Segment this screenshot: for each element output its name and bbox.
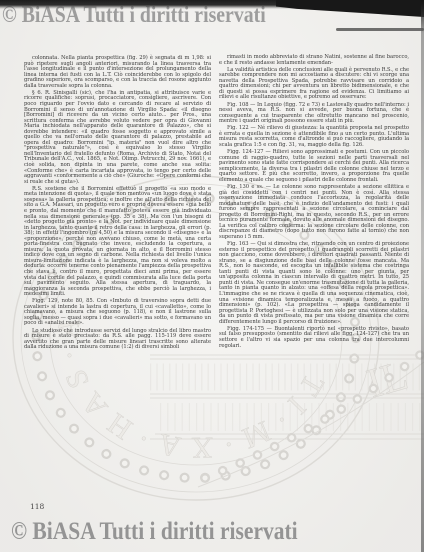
right-text-column: rimasti in modo abbreviato di strano Nat… bbox=[219, 55, 409, 351]
left-column-paragraph: Lo studioso che introdusse servizi del l… bbox=[24, 329, 211, 351]
scan-edge-top-right bbox=[276, 0, 424, 17]
right-column-paragraph: Figg. 124-127 — Rilievi sono approssimat… bbox=[219, 150, 409, 183]
right-column-paragraph: Fig. 163 — Qui si dimostra che, ritraend… bbox=[219, 242, 409, 325]
second-seal-arc-hole bbox=[205, 352, 424, 478]
bottom-copyright-watermark: © BiASA Tutti i diritti riservati bbox=[11, 518, 298, 546]
seal-letters-side: IL bbox=[362, 352, 413, 407]
left-column-paragraph: Figg. 129, note 80, 85. Con «Imbuto di t… bbox=[24, 299, 211, 327]
right-column-paragraph: rimasti in modo abbreviato di strano Nat… bbox=[219, 55, 409, 66]
left-column-paragraph: colonnata. Nella pianta prospettica (fig… bbox=[24, 56, 211, 89]
second-seal-rim bbox=[198, 362, 424, 487]
right-column-paragraph: Fig. 122 — Né rilievo di giustezza: la q… bbox=[219, 126, 409, 148]
building-sketch-watermark bbox=[150, 355, 424, 439]
scan-streak bbox=[336, 28, 424, 31]
left-column-paragraph: § 6. R. Sinisgalli (sic), che l'ha in an… bbox=[24, 91, 211, 185]
right-column-paragraph: Fig. 130 e ss. — Le colonne sono rappres… bbox=[219, 185, 409, 240]
second-seal-arc bbox=[205, 352, 424, 478]
right-column-paragraph: Figg. 174-175 — Buontalenti riportò nel … bbox=[219, 327, 409, 349]
page-number: 118 bbox=[30, 502, 44, 511]
left-text-column: colonnata. Nella pianta prospettica (fig… bbox=[24, 56, 211, 352]
left-column-paragraph: R.S. sostiene che il Borromini effettuò … bbox=[24, 187, 211, 298]
right-column-paragraph: Fig. 108 — In Lequio (figg. 72 e 73) e L… bbox=[219, 103, 409, 125]
scanned-page: TI·M·XA·HAS·A IL colonnata. Nella pianta… bbox=[0, 0, 424, 552]
right-column-paragraph: La validità artistica delle conclusioni … bbox=[219, 68, 409, 101]
